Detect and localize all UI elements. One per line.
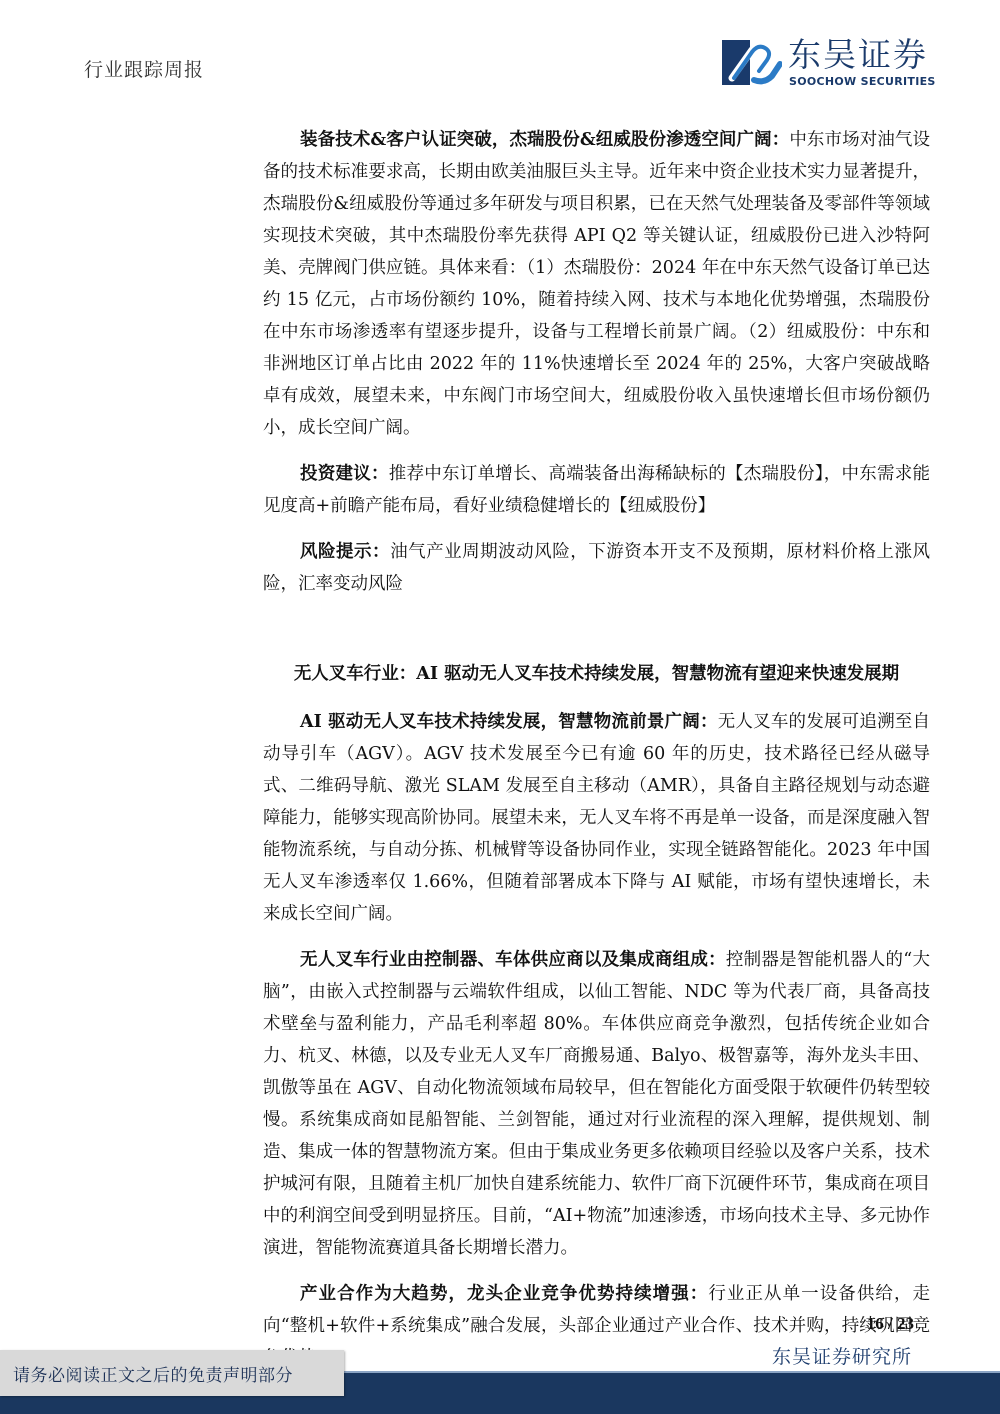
paragraph-heading: AI 驱动无人叉车技术持续发展，智慧物流前景广阔：	[300, 712, 718, 732]
disclaimer-box: 请务必阅读正文之后的免责声明部分	[0, 1350, 344, 1396]
logo-name-cn: 东吴证券	[788, 35, 928, 75]
paragraph-heading: 产业合作为大趋势，龙头企业竞争优势持续增强：	[300, 1284, 708, 1304]
paragraph-risk-warning: 风险提示：油气产业周期波动风险，下游资本开支不及预期，原材料价格上涨风险，汇率变…	[263, 536, 930, 600]
paragraph-text: 中东市场对油气设备的技术标准要求高，长期由欧美油服巨头主导。近年来中资企业技术实…	[263, 130, 930, 438]
paragraph-ai-forklift: AI 驱动无人叉车技术持续发展，智慧物流前景广阔：无人叉车的发展可追溯至自动导引…	[263, 706, 930, 930]
paragraph-heading: 投资建议：	[300, 464, 389, 484]
disclaimer-text: 请务必阅读正文之后的免责声明部分	[13, 1361, 293, 1386]
report-body: 装备技术&客户认证突破，杰瑞股份&纽威股份渗透空间广阔：中东市场对油气设备的技术…	[263, 124, 930, 1388]
paragraph-industry-structure: 无人叉车行业由控制器、车体供应商以及集成商组成：控制器是智能机器人的“大脑”，由…	[263, 944, 930, 1264]
section-title: 无人叉车行业：AI 驱动无人叉车技术持续发展，智慧物流有望迎来快速发展期	[263, 658, 930, 690]
company-logo: 东吴证券 SOOCHOW SECURITIES	[722, 35, 952, 90]
soochow-logo-icon	[722, 40, 782, 85]
paragraph-heading: 风险提示：	[300, 542, 390, 562]
paragraph-text: 无人叉车的发展可追溯至自动导引车（AGV）。AGV 技术发展至今已有逾 60 年…	[263, 712, 930, 924]
report-type-label: 行业跟踪周报	[84, 55, 204, 82]
footer-organization: 东吴证券研究所	[772, 1342, 912, 1369]
paragraph-text: 控制器是智能机器人的“大脑”，由嵌入式控制器与云端软件组成，以仙工智能、NDC …	[263, 950, 930, 1258]
paragraph-heading: 无人叉车行业由控制器、车体供应商以及集成商组成：	[300, 950, 726, 970]
paragraph-equipment-breakthrough: 装备技术&客户认证突破，杰瑞股份&纽威股份渗透空间广阔：中东市场对油气设备的技术…	[263, 124, 930, 444]
paragraph-investment-advice: 投资建议：推荐中东订单增长、高端装备出海稀缺标的【杰瑞股份】，中东需求能见度高+…	[263, 458, 930, 522]
paragraph-heading: 装备技术&客户认证突破，杰瑞股份&纽威股份渗透空间广阔：	[300, 130, 789, 150]
page-number: 16 / 23	[867, 1314, 914, 1334]
logo-name-en: SOOCHOW SECURITIES	[789, 75, 936, 88]
